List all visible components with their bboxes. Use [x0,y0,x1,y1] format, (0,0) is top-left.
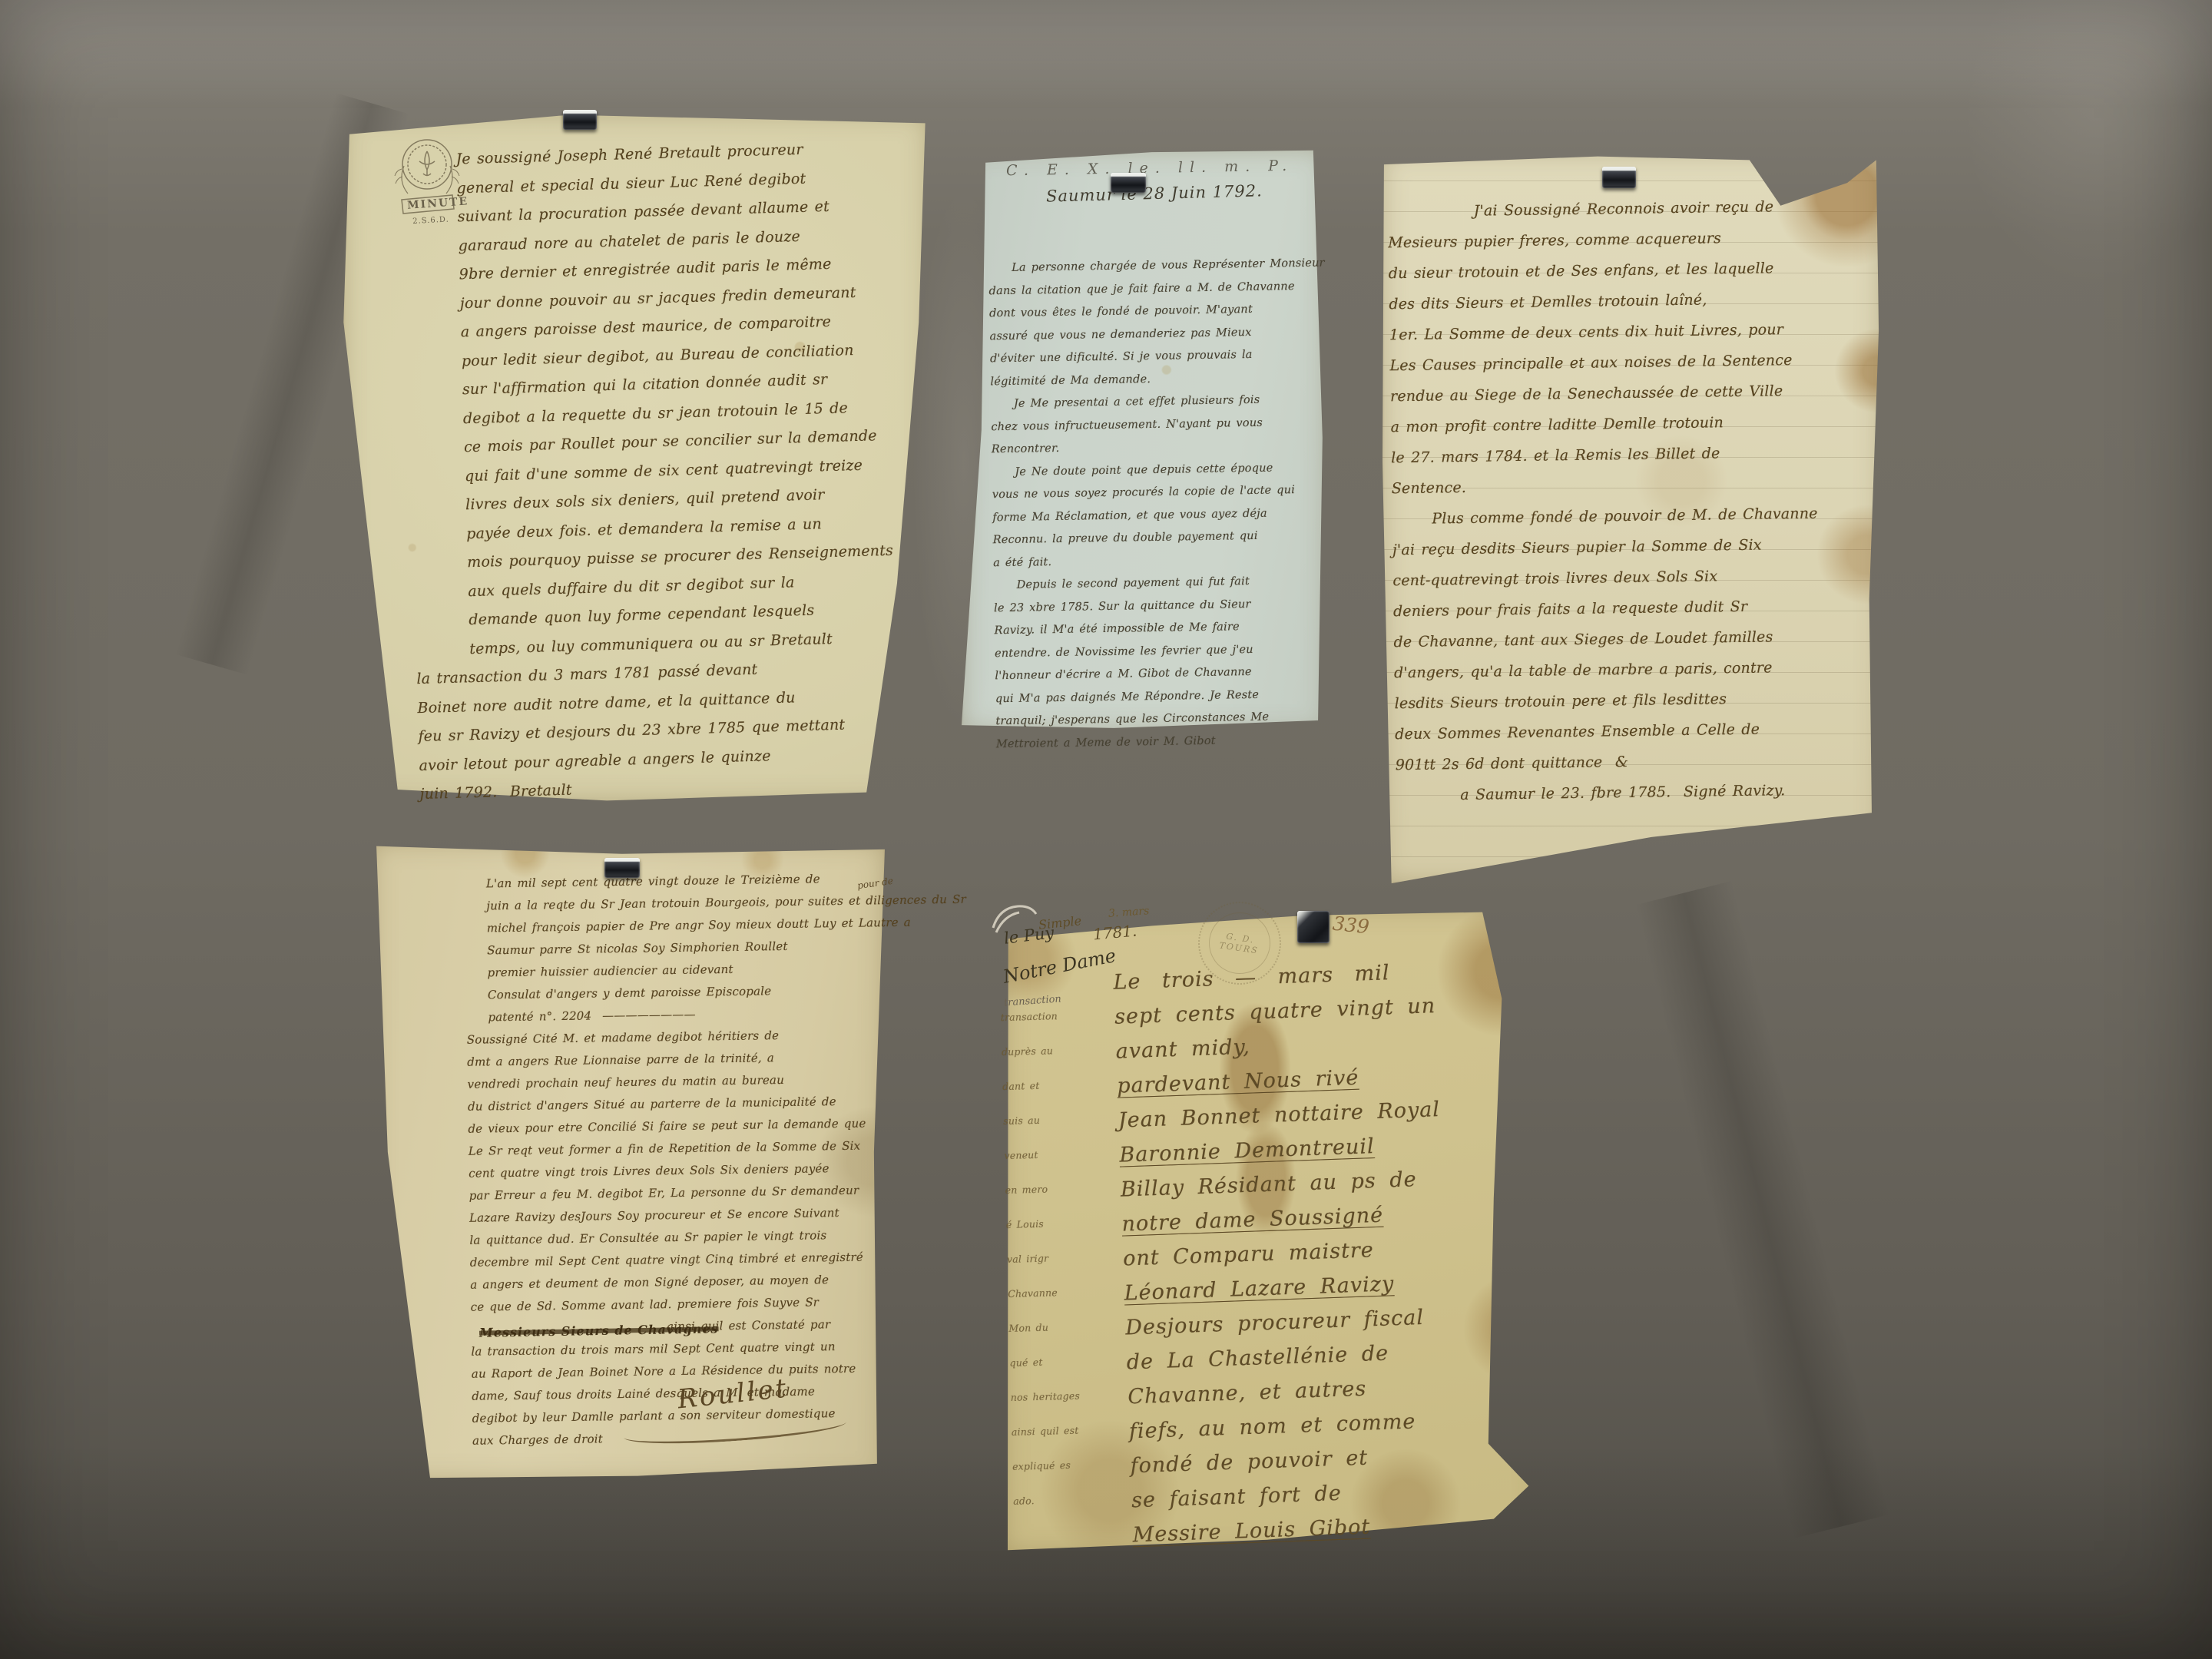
fabric-wrinkle [1635,881,1890,1538]
manuscript-line: a Saumur le 23. fbre 1785. Signé Ravizy. [1460,774,1866,810]
manuscript-line: J'ai Soussigné Reconnois avoir reçu de [1473,190,1858,227]
margin-line: val irigr [1006,1239,1122,1277]
margin-line: é Louis [1005,1204,1121,1242]
margin-line: Mon du [1008,1308,1124,1346]
manuscript-text-block: La personne chargée de vous Représenter … [988,253,1319,757]
annotation-number: 339 [1332,912,1370,939]
margin-line: duprès au [1001,1031,1117,1069]
manuscript-letter-saumur-1792: C. E. X. le. ll. m. P. Saumur le 28 Juin… [960,147,1329,733]
annotation-year: 1781. [1092,922,1137,944]
margin-line: Chavanne [1008,1273,1124,1311]
manuscript-text-block: J'ai Soussigné Reconnois avoir reçu deMe… [1387,190,1866,811]
fabric-highlight [1920,0,2212,384]
manuscript-text-block: L'an mil sept cent quatre vingt douze le… [465,867,887,1452]
metal-clip-icon [563,110,597,130]
margin-line: expliqué es [1012,1446,1128,1484]
metal-clip-icon [1297,911,1330,943]
margin-line: ado. [1013,1481,1129,1518]
thread-fragment-icon [988,897,1042,939]
metal-clip-icon [1602,167,1636,188]
manuscript-quittance-ravizy-1785: J'ai Soussigné Reconnois avoir reçu deMe… [1381,151,1882,885]
manuscript-citation-roullet-1792: pour de L'an mil sept cent quatre vingt … [370,841,886,1482]
manuscript-text-block: Je soussigné Joseph René Bretault procur… [402,133,927,810]
manuscript-transaction-1781: G. D. TOURS Simple 3. mars 1781. 339 le … [1002,906,1540,1555]
photograph-of-manuscripts: MINUTE 2.S.6.D. Je soussigné Joseph René… [0,0,2212,1659]
metal-clip-icon [604,858,640,878]
manuscript-line: Plus comme fondé de pouvoir de M. de Cha… [1432,498,1863,535]
margin-line: qué et [1009,1343,1125,1380]
manuscript-procuration-1792: MINUTE 2.S.6.D. Je soussigné Joseph René… [342,112,929,803]
margin-line: nos heritages [1010,1377,1126,1415]
margin-line: dant et [1002,1066,1118,1104]
margin-line: suis au [1003,1101,1119,1138]
metal-clip-icon [1111,173,1146,193]
annotation-date: 3. mars [1108,905,1150,920]
margin-line: en mero [1005,1170,1121,1207]
margin-line: ainsi quil est [1011,1412,1127,1449]
margin-line: veneut [1004,1135,1120,1173]
manuscript-line: Mettroient a Meme de voir M. Gibot [996,728,1319,756]
manuscript-text-block: Le trois — mars milsept cents quatre vin… [1113,952,1509,1553]
margin-text-block: transactionduprès audant etsuis auveneut… [1000,997,1129,1518]
fabric-highlight-band [0,0,2212,108]
manuscript-line: Les Causes principalle et aux noises de … [1389,344,1859,382]
margin-line: transaction [1000,997,1116,1035]
